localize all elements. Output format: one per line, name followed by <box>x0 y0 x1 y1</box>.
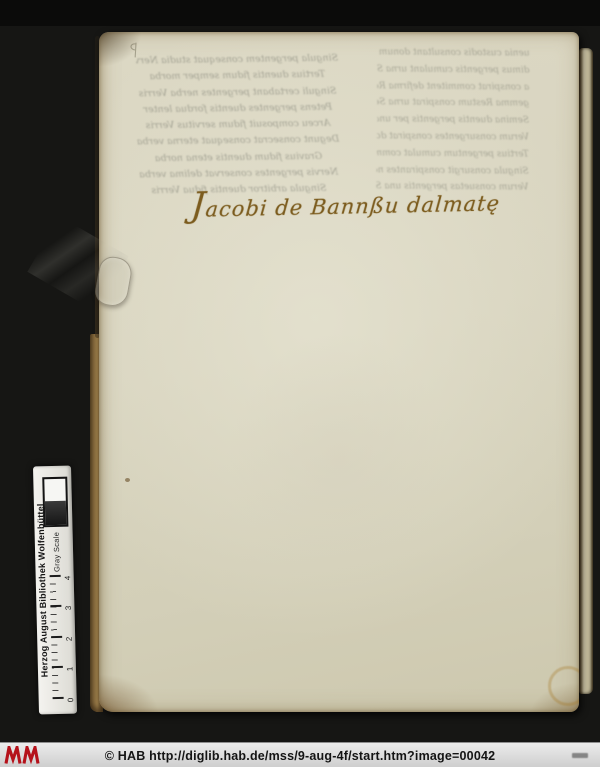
hab-logo-icon <box>3 746 43 767</box>
top-black-band <box>0 0 600 26</box>
major-tick <box>52 666 63 668</box>
cm-scale: 4 3 2 1 0 <box>50 574 75 706</box>
gray-scale-label: Gray Scale <box>52 530 62 572</box>
major-tick <box>53 697 64 699</box>
copyright-url-text: © HAB http://diglib.hab.de/mss/9-aug-4f/… <box>105 749 496 763</box>
manuscript-page: Singula pergentem consequat studia Nervi… <box>99 32 579 712</box>
bleedthrough-line: Tertius pergentum cumulat commita Sem <box>377 145 529 163</box>
major-tick <box>51 636 62 638</box>
scale-number: 1 <box>65 661 74 671</box>
digitized-manuscript-viewer: Singula pergentem consequat studia Nervi… <box>0 0 600 767</box>
scale-number: 2 <box>65 631 74 641</box>
bleedthrough-line: gemma Restum conspirat urna Sem <box>377 95 529 113</box>
bleedthrough-line: Singula consurgit conspirantes norma Res… <box>376 162 528 180</box>
bleedthrough-line: Verum consurgentes conspirat donula Gem <box>377 128 529 146</box>
bleedthrough-line: uenia custodis consultant donum Rest <box>378 44 530 62</box>
bleedthrough-line: Semina duentis pergentis per una Rest <box>377 112 529 130</box>
gray-scale-ruler: Gray Scale Herzog August Bibliothek Wolf… <box>33 466 77 715</box>
footer-corner-mark <box>572 753 588 758</box>
bleedthrough-line: a conspirat commitent defirma Rest <box>377 78 529 96</box>
footer-bar: © HAB http://diglib.hab.de/mss/9-aug-4f/… <box>0 742 600 767</box>
parchment-lighter-area <box>229 332 449 592</box>
scale-number: 4 <box>63 570 72 580</box>
bleedthrough-column-left: Singula pergentem consequat studia Nervi… <box>136 51 340 200</box>
scale-number: 3 <box>64 600 73 610</box>
bleedthrough-line: dimus pergentis cumulant urna Sem <box>377 61 529 79</box>
corner-smudge <box>99 674 159 712</box>
major-tick <box>50 575 61 577</box>
scale-number: 0 <box>66 692 75 702</box>
book-page-block-edge <box>579 48 593 694</box>
ink-speck <box>125 478 130 482</box>
bleedthrough-column-right: uenia custodis consultant donum Rest dim… <box>376 44 529 196</box>
dark-patch <box>45 501 67 525</box>
major-tick <box>50 605 61 607</box>
